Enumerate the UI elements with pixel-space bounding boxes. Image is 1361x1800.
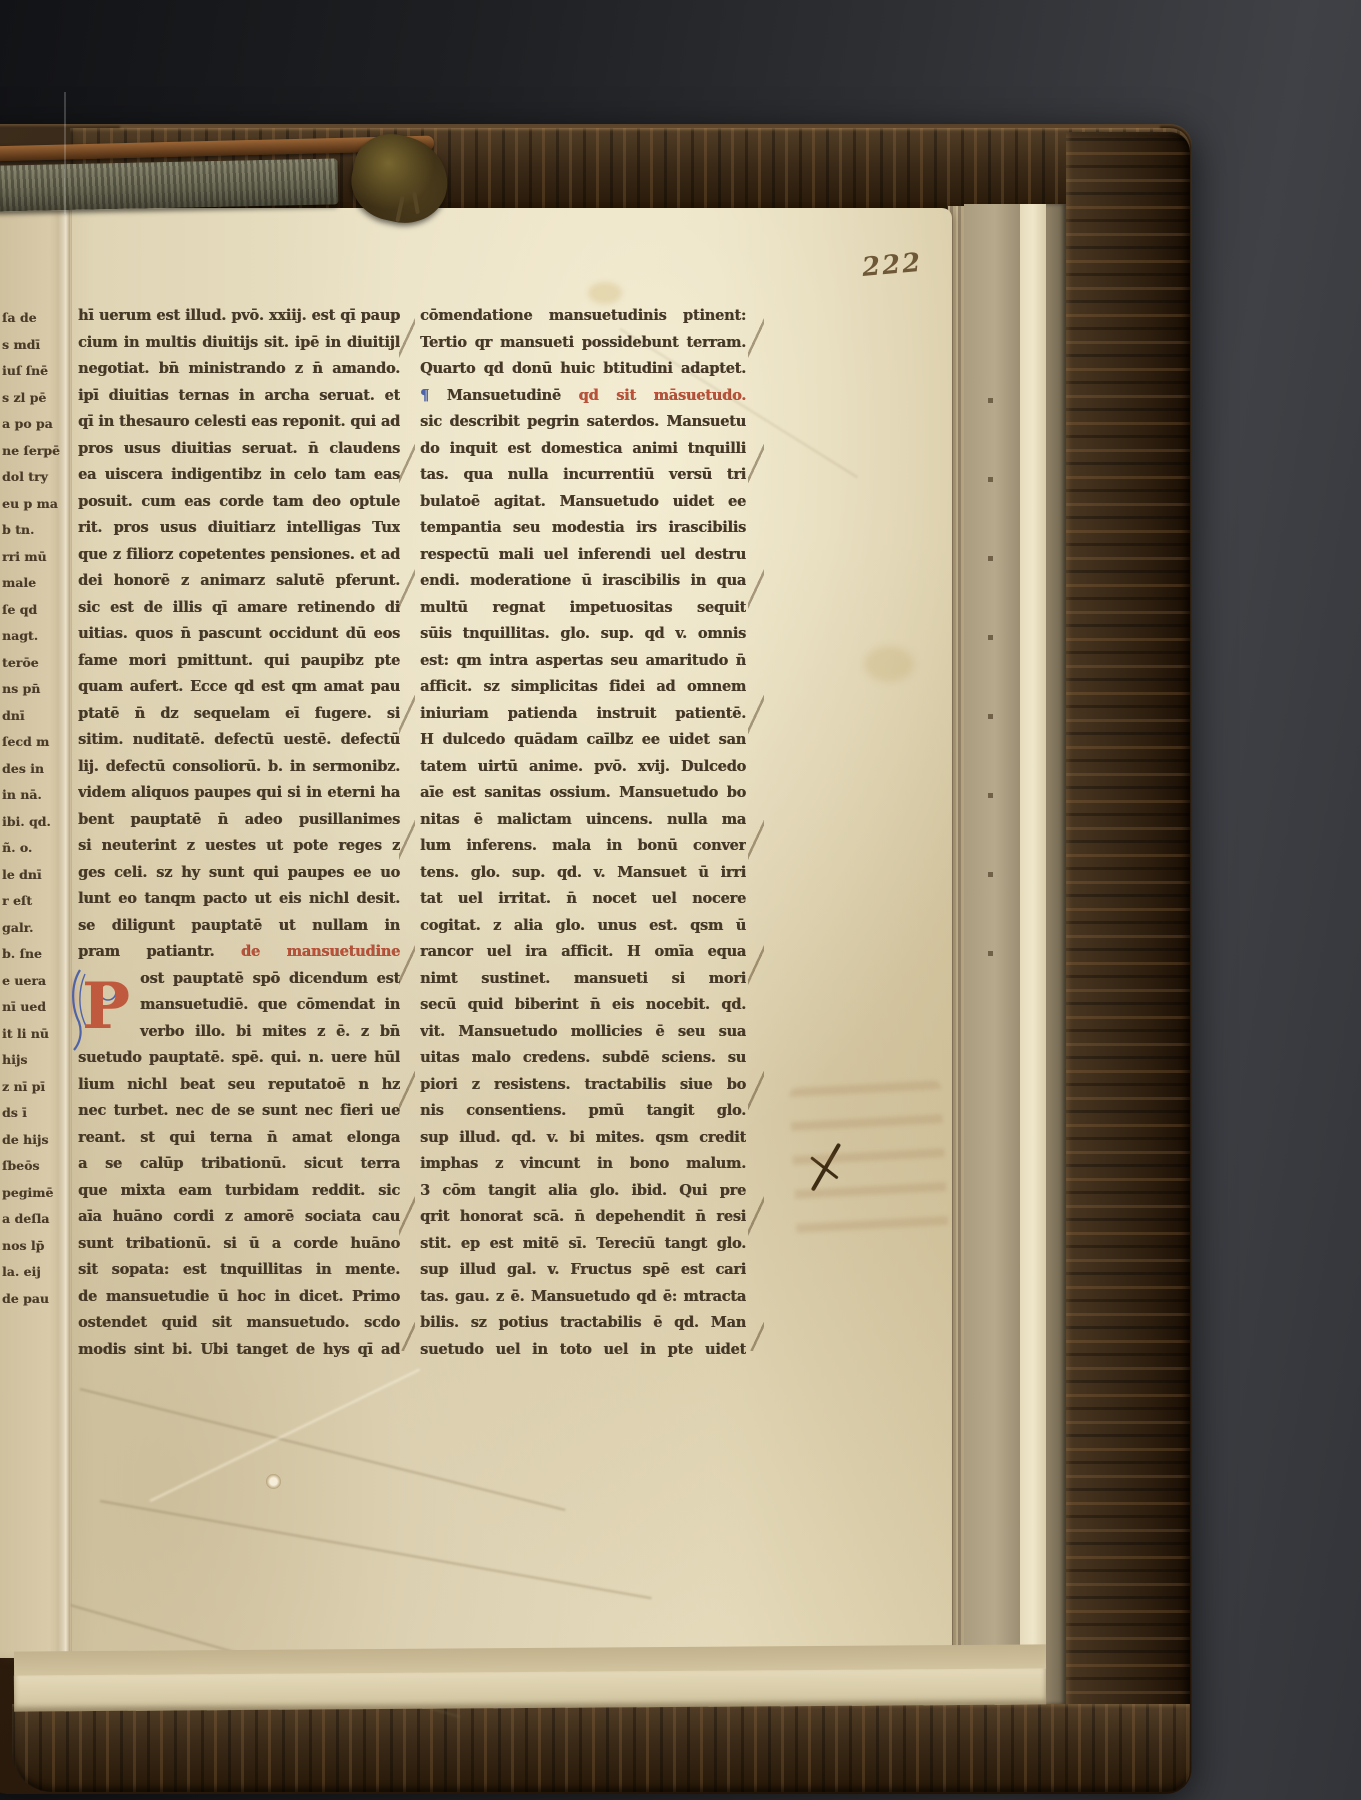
body-text: cōmendatione mansuetudinis ptinent: <box>420 307 746 324</box>
body-text: uitias. quos n̄ pascunt occidunt dū eos <box>78 625 400 642</box>
body-text: afficit. sz simplicitas fidei ad omnem <box>420 678 746 695</box>
body-text: imphas z vincunt in bono malum. <box>420 1155 746 1172</box>
body-text: bulatoē agitat. Mansuetudo uidet ee <box>420 493 746 510</box>
parchment-crease <box>80 1388 566 1511</box>
manuscript-text-line: stit. ep est mitē sī. Tereciū tangt glo. <box>420 1231 746 1258</box>
body-text: bent pauptatē n̄ adeo pusillanimes <box>78 811 400 828</box>
leaf-edge-fragment: s zl pē <box>2 385 60 412</box>
folio-number: 222 <box>861 247 933 283</box>
leaf-edge-fragment: rri mū <box>2 544 60 571</box>
body-text: dei honorē z animarz salutē pferunt. <box>78 572 400 589</box>
manuscript-text-line: lunt eo tanqm pacto ut eis nichl desit. <box>78 886 400 913</box>
page-block: ſa des mdīiuſ ſnēs zl pēa po pane ſerpēd… <box>0 204 1066 1708</box>
body-text: lium nichl beat seu reputatoē n hz <box>78 1076 400 1093</box>
manuscript-text-line: bulatoē agitat. Mansuetudo uidet ee <box>420 489 746 516</box>
body-text: nec turbet. nec de se sunt nec fieri ue <box>78 1102 400 1119</box>
manuscript-text-line: cogitat. z alia glo. unus est. qsm ū <box>420 913 746 940</box>
manuscript-text-line: tempantia seu modestia irs irascibilis <box>420 515 746 542</box>
fore-edge-specks <box>988 324 993 1024</box>
page-bottom-edge-stack <box>14 1668 1046 1711</box>
manuscript-text-line: suetudo uel in toto uel in pte uidet <box>420 1337 746 1364</box>
leaf-edge-fragment: ſa de <box>2 305 60 332</box>
manuscript-text-line: quam aufert. Ecce qd est qm amat pau <box>78 674 400 701</box>
leaf-edge-fragment: b tn. <box>2 517 60 544</box>
manuscript-text-line: reant. st qui terna n̄ amat elonga <box>78 1125 400 1152</box>
body-text: ipī diuitias ternas in archa seruat. et <box>78 387 400 404</box>
leaf-edge-fragment: ſecd m <box>2 729 60 756</box>
body-text: fame mori pmittunt. qui paupibz pte <box>78 652 400 669</box>
svg-text:P: P <box>82 969 130 1044</box>
manuscript-text-line: si neuterint z uestes ut pote reges z <box>78 833 400 860</box>
leaf-edge-fragment: ñ. o. <box>2 835 60 862</box>
leaf-edge-fragment: it li nū <box>2 1021 60 1048</box>
body-text: de mansuetudie ū hoc in dicet. Primo <box>78 1288 400 1305</box>
body-text: cium in multis diuitijs sit. ipē in diui… <box>78 334 400 351</box>
leaf-edge-fragment: des in <box>2 756 60 783</box>
manuscript-text-line: ea uiscera indigentibz in celo tam eas <box>78 462 400 489</box>
manuscript-text-line: qrit honorat scā. n̄ depehendit n̄ resi <box>420 1204 746 1231</box>
manuscript-text-line: sic describit pegrin saterdos. Mansuetu <box>420 409 746 436</box>
paraph-mark: ¶ <box>420 387 447 404</box>
stain <box>864 646 914 682</box>
cover-edge-highlight <box>120 126 1160 129</box>
body-text: tens. glo. sup. qd. v. Mansuet ū irri <box>420 864 746 881</box>
body-text: ptatē n̄ dz sequelam eī fugere. si famem… <box>78 705 400 728</box>
body-text: nimt sustinet. mansueti si mori <box>420 970 746 987</box>
body-text: ost pauptatē spō dicendum est de <box>140 970 400 993</box>
leaf-edge-fragment: galr. <box>2 915 60 942</box>
stain <box>588 282 622 304</box>
body-text: pros usus diuitias seruat. n̄ claudens <box>78 440 400 457</box>
leaf-edge-fragment: ſe qd <box>2 597 60 624</box>
manuscript-text-line: aīa huāno cordi z amorē sociata cau <box>78 1204 400 1231</box>
manuscript-text-line: aīe est sanitas ossium. Mansuetudo bo <box>420 780 746 807</box>
manuscript-text-line: hī uerum est illud. pvō. xxiij. est qī p… <box>78 303 400 330</box>
leaf-edge-fragment: dnī <box>2 703 60 730</box>
manuscript-text-line: tatem uirtū anime. pvō. xvij. Dulcedo <box>420 754 746 781</box>
leaf-edge-fragment: ſbeōs <box>2 1153 60 1180</box>
body-text: si neuterint z uestes ut pote reges z <box>78 837 400 854</box>
manuscript-text-line: fame mori pmittunt. qui paupibz pte <box>78 648 400 675</box>
line-filler-marks-right <box>748 305 764 1351</box>
manuscript-text-line: sit sopata: est tnquillitas in mente. <box>78 1257 400 1284</box>
leaf-edge-fragment: nī ued <box>2 994 60 1021</box>
manuscript-text-line: videm aliquos paupes qui si in eterni ha <box>78 780 400 807</box>
cover-embossed-border-right <box>1066 132 1190 1788</box>
rubric-text: qd sit māsuetudo. <box>579 387 746 404</box>
manuscript-text-line: uitias. quos n̄ pascunt occidunt dū eos <box>78 621 400 648</box>
body-text: sunt tribationū. si ū a corde huāno <box>78 1235 400 1252</box>
body-text: tas. gau. z ē. Mansuetudo qd ē: mtracta <box>420 1288 746 1305</box>
manuscript-text-line: tas. gau. z ē. Mansuetudo qd ē: mtracta <box>420 1284 746 1311</box>
manuscript-text-line: de mansuetudie ū hoc in dicet. Primo <box>78 1284 400 1311</box>
show-through-text <box>789 1080 949 1244</box>
leaf-edge-fragment: e uera <box>2 968 60 995</box>
initial-flourish <box>73 970 81 1050</box>
line-filler-marks-left <box>399 305 415 1351</box>
body-text: iniuriam patienda instruit patientē. <box>420 705 746 722</box>
leaf-edge-fragment: ns pn̄ <box>2 676 60 703</box>
body-text: sūis tnquillitas. glo. sup. qd v. omnis <box>420 625 746 642</box>
leaf-edge-fragment: iuſ ſnē <box>2 358 60 385</box>
manuscript-text-line: respectū mali uel inferendi uel destru <box>420 542 746 569</box>
body-text: sit sopata: est tnquillitas in mente. <box>78 1261 400 1278</box>
parchment-crease <box>100 1500 652 1599</box>
body-text: verbo illo. bi mites z ē. z bn̄ sequit m… <box>140 1023 400 1046</box>
manuscript-text-line: nitas ē malictam uincens. nulla ma <box>420 807 746 834</box>
manuscript-text-line: vit. Mansuetudo mollicies ē seu sua <box>420 1019 746 1046</box>
parchment-scratch <box>150 1369 421 1502</box>
decorated-initial-P: P <box>72 966 130 1052</box>
leaf-edge-fragment: male <box>2 570 60 597</box>
body-text: mansuetudiē. que cōmendat in <box>140 996 400 1013</box>
body-text: pram patiantr. <box>78 943 241 960</box>
previous-leaf-text-fragments: ſa des mdīiuſ ſnēs zl pēa po pane ſerpēd… <box>2 305 60 1312</box>
leaf-edge-fragment: r eſt <box>2 888 60 915</box>
body-text: negotiat. bn̄ ministrando z n̄ amando. <box>78 360 400 377</box>
leaf-edge-fragment: ne ſerpē <box>2 438 60 465</box>
body-text: tatem uirtū anime. pvō. xvij. Dulcedo <box>420 758 746 775</box>
leaf-edge-fragment: la. eij <box>2 1259 60 1286</box>
body-text: do inquit est domestica animi tnquilli <box>420 440 746 457</box>
manuscript-text-line: rit. pros usus diuitiarz intelligas Tux <box>78 515 400 542</box>
manuscript-text-line: lium nichl beat seu reputatoē n hz <box>78 1072 400 1099</box>
rubric-text: de mansuetudine <box>241 943 400 960</box>
cover-embossed-border-bottom <box>12 1704 1190 1792</box>
leaf-edge-fragment: s mdī <box>2 332 60 359</box>
manuscript-text-line: tas. qua nulla incurrentiū versū tri <box>420 462 746 489</box>
leaf-edge-fragment: eu p ma <box>2 491 60 518</box>
spine-endband <box>0 158 338 211</box>
leaf-edge-fragment: in nā. <box>2 782 60 809</box>
manuscript-text-line: Tertio qr mansueti possidebunt terram. <box>420 330 746 357</box>
body-text: lij. defectū consoliorū. b. in sermonibz… <box>78 758 400 775</box>
manuscript-text-line: piori z resistens. tractabilis siue bo <box>420 1072 746 1099</box>
leaf-edge-fragment: ibi. qd. <box>2 809 60 836</box>
body-text: H dulcedo quādam caīlbz ee uidet san <box>420 731 746 748</box>
body-text: vit. Mansuetudo mollicies ē seu sua <box>420 1023 746 1040</box>
leaf-edge-fragment: dol try ls <box>2 464 60 491</box>
manuscript-text-line: Quarto qd donū huic btitudini adaptet. <box>420 356 746 383</box>
body-text: que z filiorz copetentes pensiones. et a… <box>78 546 400 563</box>
body-text: modis sint bi. Ubi tanget de hys qī ad <box>78 1341 400 1358</box>
body-text: uitas malo credens. subdē sciens. su <box>420 1049 746 1066</box>
manuscript-text-line: cium in multis diuitijs sit. ipē in diui… <box>78 330 400 357</box>
text-column-right: cōmendatione mansuetudinis ptinent:Terti… <box>420 303 746 1363</box>
manuscript-text-line: ptatē n̄ dz sequelam eī fugere. si famem… <box>78 701 400 728</box>
fore-edge-stack-cream <box>1020 204 1046 1700</box>
manuscript-text-line: rancor uel ira afficit. H omīa equa <box>420 939 746 966</box>
body-text: rancor uel ira afficit. H omīa equa <box>420 943 746 960</box>
body-text: lum inferens. mala in bonū conver <box>420 837 746 854</box>
fore-edge-stack-taupe <box>1046 204 1066 1704</box>
manuscript-text-line: bilis. sz potius tractabilis ē qd. Man <box>420 1310 746 1337</box>
body-text: lunt eo tanqm pacto ut eis nichl desit. <box>78 890 400 907</box>
body-text: quam aufert. Ecce qd est qm amat pau <box>78 678 400 695</box>
leaf-edge-fragment: a deſla <box>2 1206 60 1233</box>
body-text: reant. st qui terna n̄ amat elonga <box>78 1129 400 1146</box>
body-text: ostendet quid sit mansuetudo. scdo estio <box>78 1314 400 1337</box>
leaf-edge-fragment: a po pa <box>2 411 60 438</box>
leaf-edge-fragment: pegimē <box>2 1180 60 1207</box>
manuscript-text-line: afficit. sz simplicitas fidei ad omnem <box>420 674 746 701</box>
body-text: aīa huāno cordi z amorē sociata cau <box>78 1208 400 1225</box>
body-text: hī uerum est illud. pvō. xxiij. est qī p… <box>78 307 400 324</box>
body-text: se diligunt pauptatē ut nullam in <box>78 917 400 934</box>
manuscript-text-line: iniuriam patienda instruit patientē. <box>420 701 746 728</box>
leaf-edge-fragment: de pau <box>2 1286 60 1313</box>
body-text: endi. moderatione ū irascibilis in qua <box>420 572 746 589</box>
manuscript-text-line: ges celi. sz hy sunt qui paupes ee uo <box>78 860 400 887</box>
body-text: piori z resistens. tractabilis siue bo <box>420 1076 746 1093</box>
body-text: ea uiscera indigentibz in celo tam eas <box>78 466 400 483</box>
manuscript-text-line: dei honorē z animarz salutē pferunt. <box>78 568 400 595</box>
body-text: nis consentiens. pmū tangit glo. <box>420 1102 746 1119</box>
body-text: suetudo uel in toto uel in pte uidet <box>420 1341 746 1358</box>
body-text: que mixta eam turbidam reddit. sic <box>78 1182 400 1199</box>
manuscript-text-line: bent pauptatē n̄ adeo pusillanimes <box>78 807 400 834</box>
manuscript-text-line: cōmendatione mansuetudinis ptinent: <box>420 303 746 330</box>
body-text: est: qm intra aspertas seu amaritudo n̄ <box>420 652 746 669</box>
leaf-edge-fragment: de hijs <box>2 1127 60 1154</box>
body-text: aīe est sanitas ossium. Mansuetudo bo <box>420 784 746 801</box>
body-text: Quarto qd donū huic btitudini adaptet. <box>420 360 746 377</box>
body-text: sic est de illis qī amare retinendo di <box>78 599 400 616</box>
manuscript-text-line: sunt tribationū. si ū a corde huāno <box>78 1231 400 1258</box>
manuscript-text-line: nis consentiens. pmū tangit glo. <box>420 1098 746 1125</box>
leaf-edge-fragment: le dnī <box>2 862 60 889</box>
manuscript-text-line: uitas malo credens. subdē sciens. su <box>420 1045 746 1072</box>
manuscript-text-line: H dulcedo quādam caīlbz ee uidet san <box>420 727 746 754</box>
body-text: posuit. cum eas corde tam deo optule <box>78 493 400 510</box>
body-text: Tertio qr mansueti possidebunt terram. <box>420 334 746 351</box>
manuscript-text-line: do inquit est domestica animi tnquilli <box>420 436 746 463</box>
manuscript-text-line: ostendet quid sit mansuetudo. scdo estio <box>78 1310 400 1337</box>
hole-spot <box>266 1474 281 1489</box>
manuscript-text-line: a se calūp tribationū. sicut terra <box>78 1151 400 1178</box>
leaf-edge-fragment: nagt. <box>2 623 60 650</box>
leaf-fold-highlight <box>58 208 72 1658</box>
body-text: sitim. nuditatē. defectū uestē. defectū … <box>78 731 400 754</box>
leaf-edge-fragment: b. ſne <box>2 941 60 968</box>
manuscript-text-line: sūis tnquillitas. glo. sup. qd v. omnis <box>420 621 746 648</box>
manuscript-text-line: secū quid biberint n̄ eis nocebit. qd. <box>420 992 746 1019</box>
body-text: bilis. sz potius tractabilis ē qd. Man <box>420 1314 746 1331</box>
body-text: stit. ep est mitē sī. Tereciū tangt glo. <box>420 1235 746 1252</box>
body-text: cogitat. z alia glo. unus est. qsm ū <box>420 917 746 934</box>
leaf-edge-fragment: nos lp̄ <box>2 1233 60 1260</box>
manuscript-text-line: sup illud. qd. v. bi mites. qsm credit <box>420 1125 746 1152</box>
body-text: nitas ē malictam uincens. nulla ma <box>420 811 746 828</box>
manuscript-text-line: 3 cōm tangit alia glo. ibid. Qui pre <box>420 1178 746 1205</box>
manuscript-text-line: tens. glo. sup. qd. v. Mansuet ū irri <box>420 860 746 887</box>
leaf-edge-fragment: hijs <box>2 1047 60 1074</box>
body-text: multū regnat impetuositas sequit <box>420 599 746 616</box>
body-text: tat uel irritat. n̄ nocet uel nocere <box>420 890 746 907</box>
body-text: ges celi. sz hy sunt qui paupes ee uo <box>78 864 400 881</box>
body-text: a se calūp tribationū. sicut terra <box>78 1155 400 1172</box>
manuscript-text-line: se diligunt pauptatē ut nullam in <box>78 913 400 940</box>
manuscript-page: ſa des mdīiuſ ſnēs zl pēa po pane ſerpēd… <box>0 208 952 1658</box>
body-text: 3 cōm tangit alia glo. ibid. Qui pre <box>420 1182 746 1199</box>
manuscript-text-line: posuit. cum eas corde tam deo optule <box>78 489 400 516</box>
manuscript-text-line: tat uel irritat. n̄ nocet uel nocere <box>420 886 746 913</box>
manuscript-text-line: que z filiorz copetentes pensiones. et a… <box>78 542 400 569</box>
body-text: Mansuetudinē <box>447 387 579 404</box>
leaf-edge-fragment: terōe <box>2 650 60 677</box>
manuscript-text-line: qī in thesauro celesti eas reponit. qui … <box>78 409 400 436</box>
body-text: sup illud gal. v. Fructus spē est cari <box>420 1261 746 1278</box>
manuscript-text-line: que mixta eam turbidam reddit. sic <box>78 1178 400 1205</box>
body-text: tas. qua nulla incurrentiū versū tri <box>420 466 746 483</box>
manuscript-text-line: ¶ Mansuetudinē qd sit māsuetudo. <box>420 383 746 410</box>
manuscript-text-line: modis sint bi. Ubi tanget de hys qī ad <box>78 1337 400 1364</box>
manuscript-photograph: ſa des mdīiuſ ſnēs zl pēa po pane ſerpēd… <box>0 0 1361 1800</box>
body-text: qī in thesauro celesti eas reponit. qui … <box>78 413 400 430</box>
manuscript-text-line: sup illud gal. v. Fructus spē est cari <box>420 1257 746 1284</box>
manuscript-text-line: sitim. nuditatē. defectū uestē. defectū … <box>78 727 400 754</box>
manuscript-text-line: lum inferens. mala in bonū conver <box>420 833 746 860</box>
manuscript-text-line: endi. moderatione ū irascibilis in qua <box>420 568 746 595</box>
manuscript-text-line: est: qm intra aspertas seu amaritudo n̄ <box>420 648 746 675</box>
manuscript-text-line: ipī diuitias ternas in archa seruat. et <box>78 383 400 410</box>
leaf-edge-fragment: z nī pī <box>2 1074 60 1101</box>
manuscript-text-line: negotiat. bn̄ ministrando z n̄ amando. <box>78 356 400 383</box>
manuscript-text-line: pros usus diuitias seruat. n̄ claudens <box>78 436 400 463</box>
body-text: videm aliquos paupes qui si in eterni ha <box>78 784 400 801</box>
body-text: sic describit pegrin saterdos. Mansuetu <box>420 413 746 430</box>
manuscript-text-line: nec turbet. nec de se sunt nec fieri ue <box>78 1098 400 1125</box>
manuscript-text-line: pram patiantr. de mansuetudine <box>78 939 400 966</box>
body-text: respectū mali uel inferendi uel destru <box>420 546 746 563</box>
body-text: secū quid biberint n̄ eis nocebit. qd. <box>420 996 746 1013</box>
body-text: sup illud. qd. v. bi mites. qsm credit <box>420 1129 746 1146</box>
manuscript-text-line: nimt sustinet. mansueti si mori <box>420 966 746 993</box>
glass-edge <box>64 92 66 214</box>
leaf-edge-fragment: ds ī <box>2 1100 60 1127</box>
body-text: qrit honorat scā. n̄ depehendit n̄ resi <box>420 1208 746 1225</box>
manuscript-text-line: sic est de illis qī amare retinendo di <box>78 595 400 622</box>
body-text: rit. pros usus diuitiarz intelligas Tux <box>78 519 400 536</box>
text-column-left: hī uerum est illud. pvō. xxiij. est qī p… <box>78 303 400 1363</box>
manuscript-text-line: imphas z vincunt in bono malum. <box>420 1151 746 1178</box>
body-text: tempantia seu modestia irs irascibilis <box>420 519 746 536</box>
manuscript-text-line: lij. defectū consoliorū. b. in sermonibz… <box>78 754 400 781</box>
manuscript-text-line: multū regnat impetuositas sequit <box>420 595 746 622</box>
